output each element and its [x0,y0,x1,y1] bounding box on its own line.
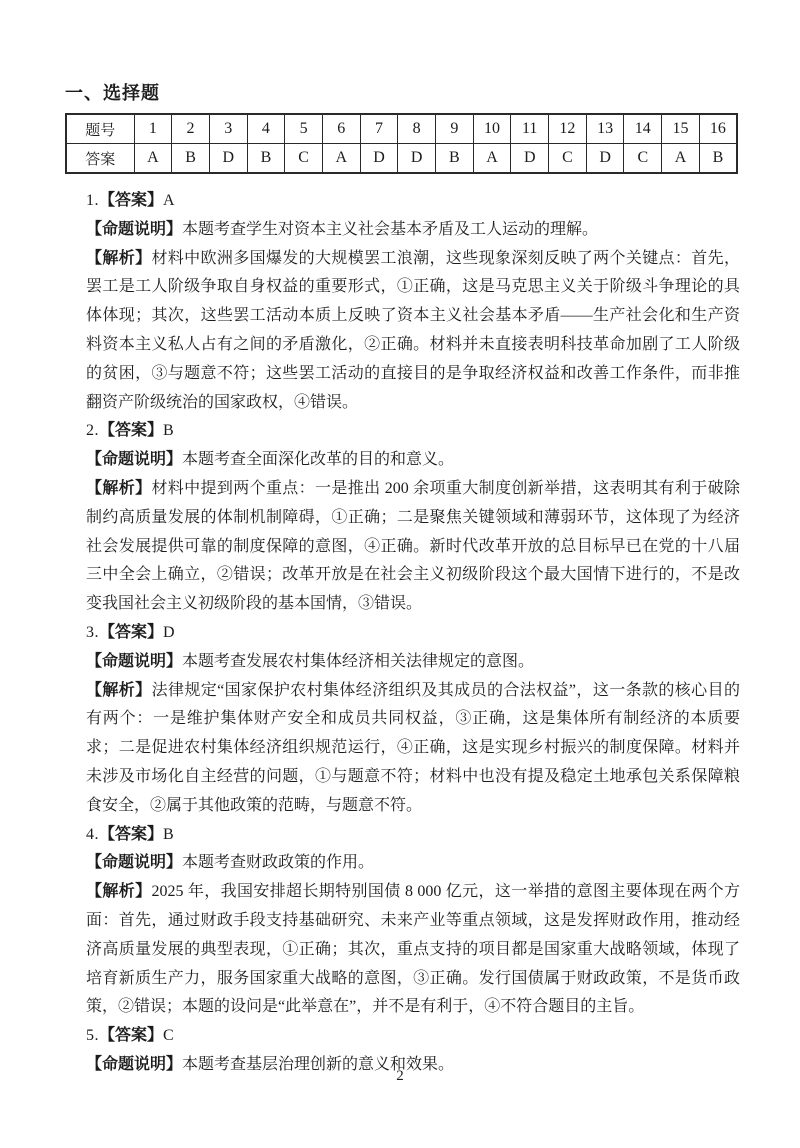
answer-line: 2.【答案】B [86,417,740,446]
analysis-label: 【解析】 [86,250,151,267]
table-cell: 7 [360,114,398,144]
table-cell: B [247,144,285,174]
table-header-cell: 题号 [66,114,134,144]
table-cell: D [511,144,549,174]
table-cell: 9 [436,114,474,144]
answer-line: 4.【答案】B [86,821,740,850]
answer-label: 【答案】 [99,624,163,641]
answer-value: B [163,422,174,439]
table-cell: 5 [285,114,323,144]
note-label: 【命题说明】 [86,854,182,871]
table-cell: D [209,144,247,174]
answer-section-3: 3.【答案】D 【命题说明】本题考查发展农村集体经济相关法律规定的意图。 【解析… [65,619,740,821]
analysis-text: 2025 年，我国安排超长期特别国债 8 000 亿元，这一举措的意图主要体现在… [86,883,740,1015]
answer-line: 5.【答案】C [86,1022,740,1051]
table-cell: 16 [699,114,737,144]
table-cell: C [549,144,587,174]
question-number: 2. [86,422,99,439]
table-cell: 15 [662,114,700,144]
answer-section-1: 1.【答案】A 【命题说明】本题考查学生对资本主义社会基本矛盾及工人运动的理解。… [65,187,740,417]
answer-label: 【答案】 [99,1027,163,1044]
table-row-answers: 答案 A B D B C A D D B A D C D C A B [66,144,737,174]
table-cell: A [473,144,511,174]
note-label: 【命题说明】 [86,221,182,238]
table-cell: 1 [134,114,172,144]
answer-table: 题号 1 2 3 4 5 6 7 8 9 10 11 12 13 14 15 1… [65,113,738,174]
question-number: 4. [86,826,99,843]
answer-label: 【答案】 [99,422,163,439]
table-cell: 8 [398,114,436,144]
table-cell: 12 [549,114,587,144]
answer-label: 【答案】 [99,826,163,843]
table-cell: A [134,144,172,174]
answer-section-4: 4.【答案】B 【命题说明】本题考查财政政策的作用。 【解析】2025 年，我国… [65,821,740,1023]
answer-label: 【答案】 [99,192,163,209]
table-cell: 14 [624,114,662,144]
table-cell: C [285,144,323,174]
table-cell: 4 [247,114,285,144]
section-heading: 一、选择题 [65,82,740,104]
analysis-line: 【解析】材料中欧洲多国爆发的大规模罢工浪潮，这些现象深刻反映了两个关键点：首先，… [86,245,740,418]
note-line: 【命题说明】本题考查全面深化改革的目的和意义。 [86,446,740,475]
document-page: 一、选择题 题号 1 2 3 4 5 6 7 8 9 10 11 12 13 1 [0,0,800,1148]
analysis-label: 【解析】 [86,883,151,900]
answer-section-2: 2.【答案】B 【命题说明】本题考查全面深化改革的目的和意义。 【解析】材料中提… [65,417,740,619]
note-text: 本题考查学生对资本主义社会基本矛盾及工人运动的理解。 [182,221,598,238]
answer-line: 1.【答案】A [86,187,740,216]
analysis-line: 【解析】法律规定“国家保护农村集体经济组织及其成员的合法权益”，这一条款的核心目… [86,677,740,821]
table-cell: 6 [322,114,360,144]
explanations: 1.【答案】A 【命题说明】本题考查学生对资本主义社会基本矛盾及工人运动的理解。… [65,187,740,1080]
table-cell: B [699,144,737,174]
question-number: 3. [86,624,99,641]
table-cell: C [624,144,662,174]
note-text: 本题考查财政政策的作用。 [182,854,374,871]
table-cell: A [322,144,360,174]
table-cell: 10 [473,114,511,144]
table-cell: D [398,144,436,174]
table-cell: A [662,144,700,174]
analysis-text: 材料中欧洲多国爆发的大规模罢工浪潮，这些现象深刻反映了两个关键点：首先，罢工是工… [86,250,740,411]
answer-value: A [163,192,175,209]
table-cell: D [586,144,624,174]
table-cell: 13 [586,114,624,144]
note-text: 本题考查全面深化改革的目的和意义。 [182,451,454,468]
table-cell: B [436,144,474,174]
page-number: 2 [0,1068,800,1085]
table-row-numbers: 题号 1 2 3 4 5 6 7 8 9 10 11 12 13 14 15 1… [66,114,737,144]
analysis-text: 材料中提到两个重点：一是推出 200 余项重大制度创新举措，这表明其有利于破除制… [86,480,740,612]
note-line: 【命题说明】本题考查学生对资本主义社会基本矛盾及工人运动的理解。 [86,216,740,245]
answer-value: C [163,1027,174,1044]
analysis-line: 【解析】2025 年，我国安排超长期特别国债 8 000 亿元，这一举措的意图主… [86,878,740,1022]
answer-line: 3.【答案】D [86,619,740,648]
question-number: 5. [86,1027,99,1044]
table-cell: 2 [172,114,210,144]
note-label: 【命题说明】 [86,653,182,670]
table-cell: D [360,144,398,174]
answer-value: B [163,826,174,843]
answer-value: D [163,624,175,641]
note-text: 本题考查发展农村集体经济相关法律规定的意图。 [182,653,534,670]
analysis-label: 【解析】 [86,682,152,699]
table-cell: 11 [511,114,549,144]
table-header-cell: 答案 [66,144,134,174]
note-line: 【命题说明】本题考查发展农村集体经济相关法律规定的意图。 [86,648,740,677]
question-number: 1. [86,192,99,209]
analysis-text: 法律规定“国家保护农村集体经济组织及其成员的合法权益”，这一条款的核心目的有两个… [86,682,740,814]
note-line: 【命题说明】本题考查财政政策的作用。 [86,849,740,878]
table-cell: 3 [209,114,247,144]
analysis-line: 【解析】材料中提到两个重点：一是推出 200 余项重大制度创新举措，这表明其有利… [86,475,740,619]
analysis-label: 【解析】 [86,480,151,497]
table-cell: B [172,144,210,174]
note-label: 【命题说明】 [86,451,182,468]
